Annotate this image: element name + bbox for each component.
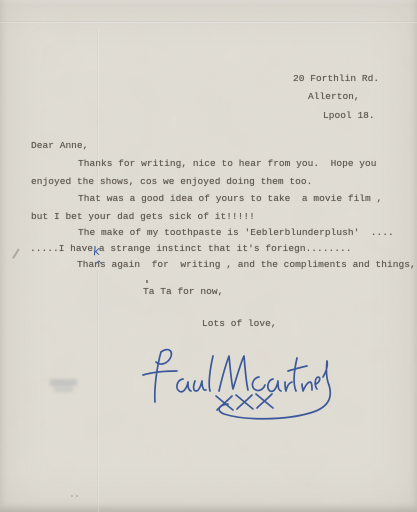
ink-smudge: [54, 387, 73, 392]
signature-ink-strokes: [140, 342, 340, 426]
handwritten-inserted-k: k: [92, 245, 100, 258]
address-line-3: Lpool 18.: [323, 111, 375, 121]
pencil-tick-mark: [12, 248, 19, 258]
body-line: .....I have a strange instinct that it's…: [30, 244, 352, 254]
body-line: but I bet your dad gets sick of it!!!!!: [31, 212, 255, 222]
horizontal-fold-line: [0, 21, 417, 23]
signoff-line-2: Lots of love,: [202, 319, 277, 329]
thanks-line-after: s again for writing , and the compliment…: [100, 259, 416, 270]
body-line: The make of my toothpaste is 'Eeblerblun…: [78, 228, 394, 238]
paul-mccartney-signature: Paul McCartney xxx: [140, 342, 340, 426]
signoff-line-1: Ta Ta for now,: [143, 287, 223, 297]
stray-type-mark: [146, 280, 148, 283]
letter-photo: 20 Forthlin Rd. Allerton, Lpool 18. Dear…: [0, 0, 417, 512]
ink-smudge: [50, 379, 77, 386]
address-line-1: 20 Forthlin Rd.: [293, 74, 379, 84]
letter-paper: 20 Forthlin Rd. Allerton, Lpool 18. Dear…: [0, 0, 417, 512]
insertion-caret-mark: ^: [95, 261, 103, 272]
body-line: That was a good idea of yours to take a …: [78, 194, 382, 204]
body-line: enjoyed the shows, cos we enjoyed doing …: [31, 177, 312, 187]
body-line-with-correction: Thans again for writing , and the compli…: [77, 260, 416, 270]
body-line: Thanks for writing, nice to hear from yo…: [78, 159, 377, 169]
address-line-2: Allerton,: [308, 92, 360, 102]
salutation: Dear Anne,: [31, 141, 88, 151]
paper-speck: [71, 495, 73, 497]
paper-speck: [76, 495, 78, 497]
